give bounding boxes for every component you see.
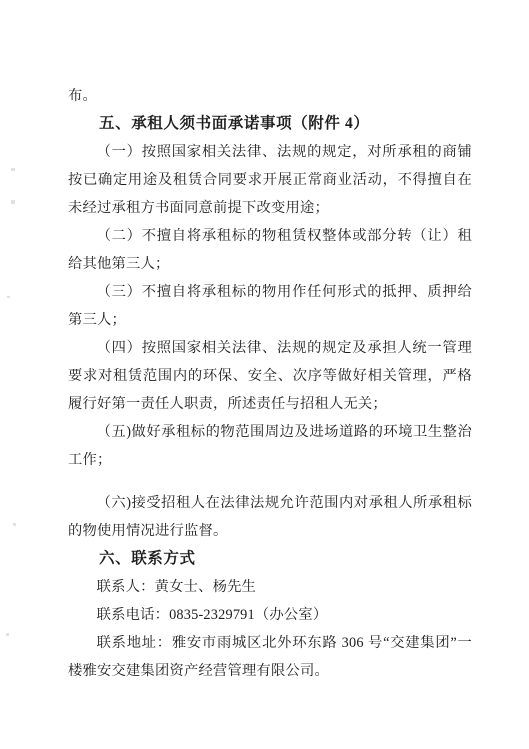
scan-speck [11,200,15,204]
paragraph-continuation-bu: 布。 [68,82,472,110]
section-5-heading: 五、承租人须书面承诺事项（附件 4） [68,110,472,138]
scan-speck [6,633,9,636]
scan-speck [7,296,10,298]
commitment-item-1: （一）按照国家相关法律、法规的规定，对所承租的商铺按已确定用途及租赁合同要求开展… [68,138,472,222]
commitment-item-2: （二）不擅自将承租标的物租赁权整体或部分转（让）租给其他第三人； [68,222,472,278]
commitment-item-5: （五)做好承租标的物范围周边及进场道路的环境卫生整治工作； [68,418,472,474]
contact-person: 联系人：黄女士、杨先生 [68,573,472,601]
commitment-item-6: （六)接受招租人在法律法规允许范围内对承租人所承租标的物使用情况进行监督。 [68,489,472,545]
document-content: 布。五、承租人须书面承诺事项（附件 4）（一）按照国家相关法律、法规的规定，对所… [68,82,472,685]
commitment-item-3: （三）不擅自将承租标的物用作任何形式的抵押、质押给第三人； [68,278,472,334]
section-6-heading: 六、联系方式 [68,545,472,573]
scan-speck [13,523,16,526]
contact-address: 联系地址：雅安市雨城区北外环东路 306 号“交建集团”一楼雅安交建集团资产经营… [68,629,472,685]
document-page: 布。五、承租人须书面承诺事项（附件 4）（一）按照国家相关法律、法规的规定，对所… [0,0,529,749]
scan-speck [11,168,15,171]
commitment-item-4: （四）按照国家相关法律、法规的规定及承担人统一管理要求对租赁范围内的环保、安全、… [68,334,472,418]
contact-phone: 联系电话：0835-2329791（办公室） [68,601,472,629]
